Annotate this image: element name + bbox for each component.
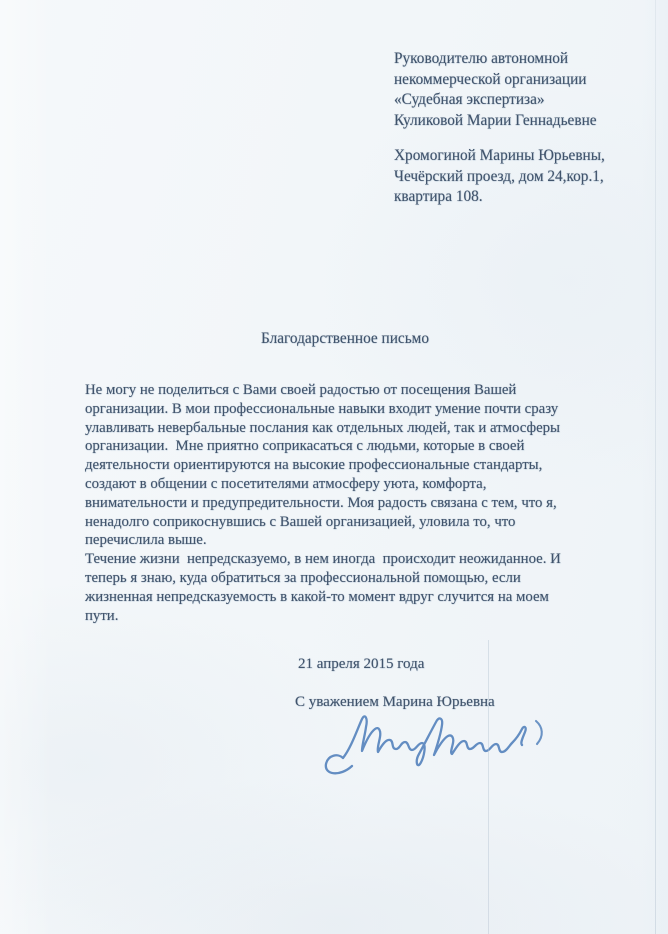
text-line: ненадолго соприкоснувшись с Вашей органи…: [85, 513, 630, 532]
recipient-address-block: Руководителю автономнойнекоммерческой ор…: [394, 49, 597, 131]
text-line: внимательности и предупредительности. Мо…: [85, 494, 630, 513]
letter-date: 21 апреля 2015 года: [298, 654, 424, 675]
text-line: пути.: [85, 607, 630, 626]
text-line: Чечёрский проезд, дом 24,кор.1,: [394, 167, 605, 188]
text-line: Хромогиной Марины Юрьевны,: [394, 146, 605, 167]
text-line: квартира 108.: [394, 187, 605, 208]
signature-stroke: [326, 716, 526, 773]
text-line: перечислила выше.: [85, 531, 630, 550]
letter-body: Не могу не поделиться с Вами своей радос…: [85, 381, 630, 625]
text-line: теперь я знаю, куда обратиться за профес…: [85, 569, 630, 588]
text-line: деятельности ориентируются на высокие пр…: [85, 456, 630, 475]
text-line: создают в общении с посетителями атмосфе…: [85, 475, 630, 494]
text-line: Течение жизни непредсказуемо, в нем иног…: [85, 550, 630, 569]
body-paragraph-2: Течение жизни непредсказуемо, в нем иног…: [85, 550, 630, 625]
text-line: Не могу не поделиться с Вами своей радос…: [85, 381, 630, 400]
signature-flourish-stroke: [536, 721, 542, 744]
sender-address-block: Хромогиной Марины Юрьевны,Чечёрский прое…: [394, 146, 605, 208]
text-line: жизненная непредсказуемость в какой-то м…: [85, 588, 630, 607]
text-line: организации. В мои профессиональные навы…: [85, 400, 630, 419]
handwritten-signature-icon: [290, 705, 570, 783]
scanned-letter-page: Руководителю автономнойнекоммерческой ор…: [0, 0, 668, 934]
body-paragraph-1: Не могу не поделиться с Вами своей радос…: [85, 381, 630, 550]
text-line: организации. Мне приятно соприкасаться с…: [85, 437, 630, 456]
scan-artifact-vertical-line-right: [655, 0, 656, 934]
text-line: Куликовой Марии Геннадьевне: [394, 111, 597, 132]
text-line: Руководителю автономной: [394, 49, 597, 70]
scan-artifact-vertical-line-bottom: [488, 640, 489, 934]
text-line: улавливать невербальные послания как отд…: [85, 419, 630, 438]
text-line: некоммерческой организации: [394, 70, 597, 91]
letter-title: Благодарственное письмо: [261, 329, 429, 350]
text-line: «Судебная экспертиза»: [394, 90, 597, 111]
